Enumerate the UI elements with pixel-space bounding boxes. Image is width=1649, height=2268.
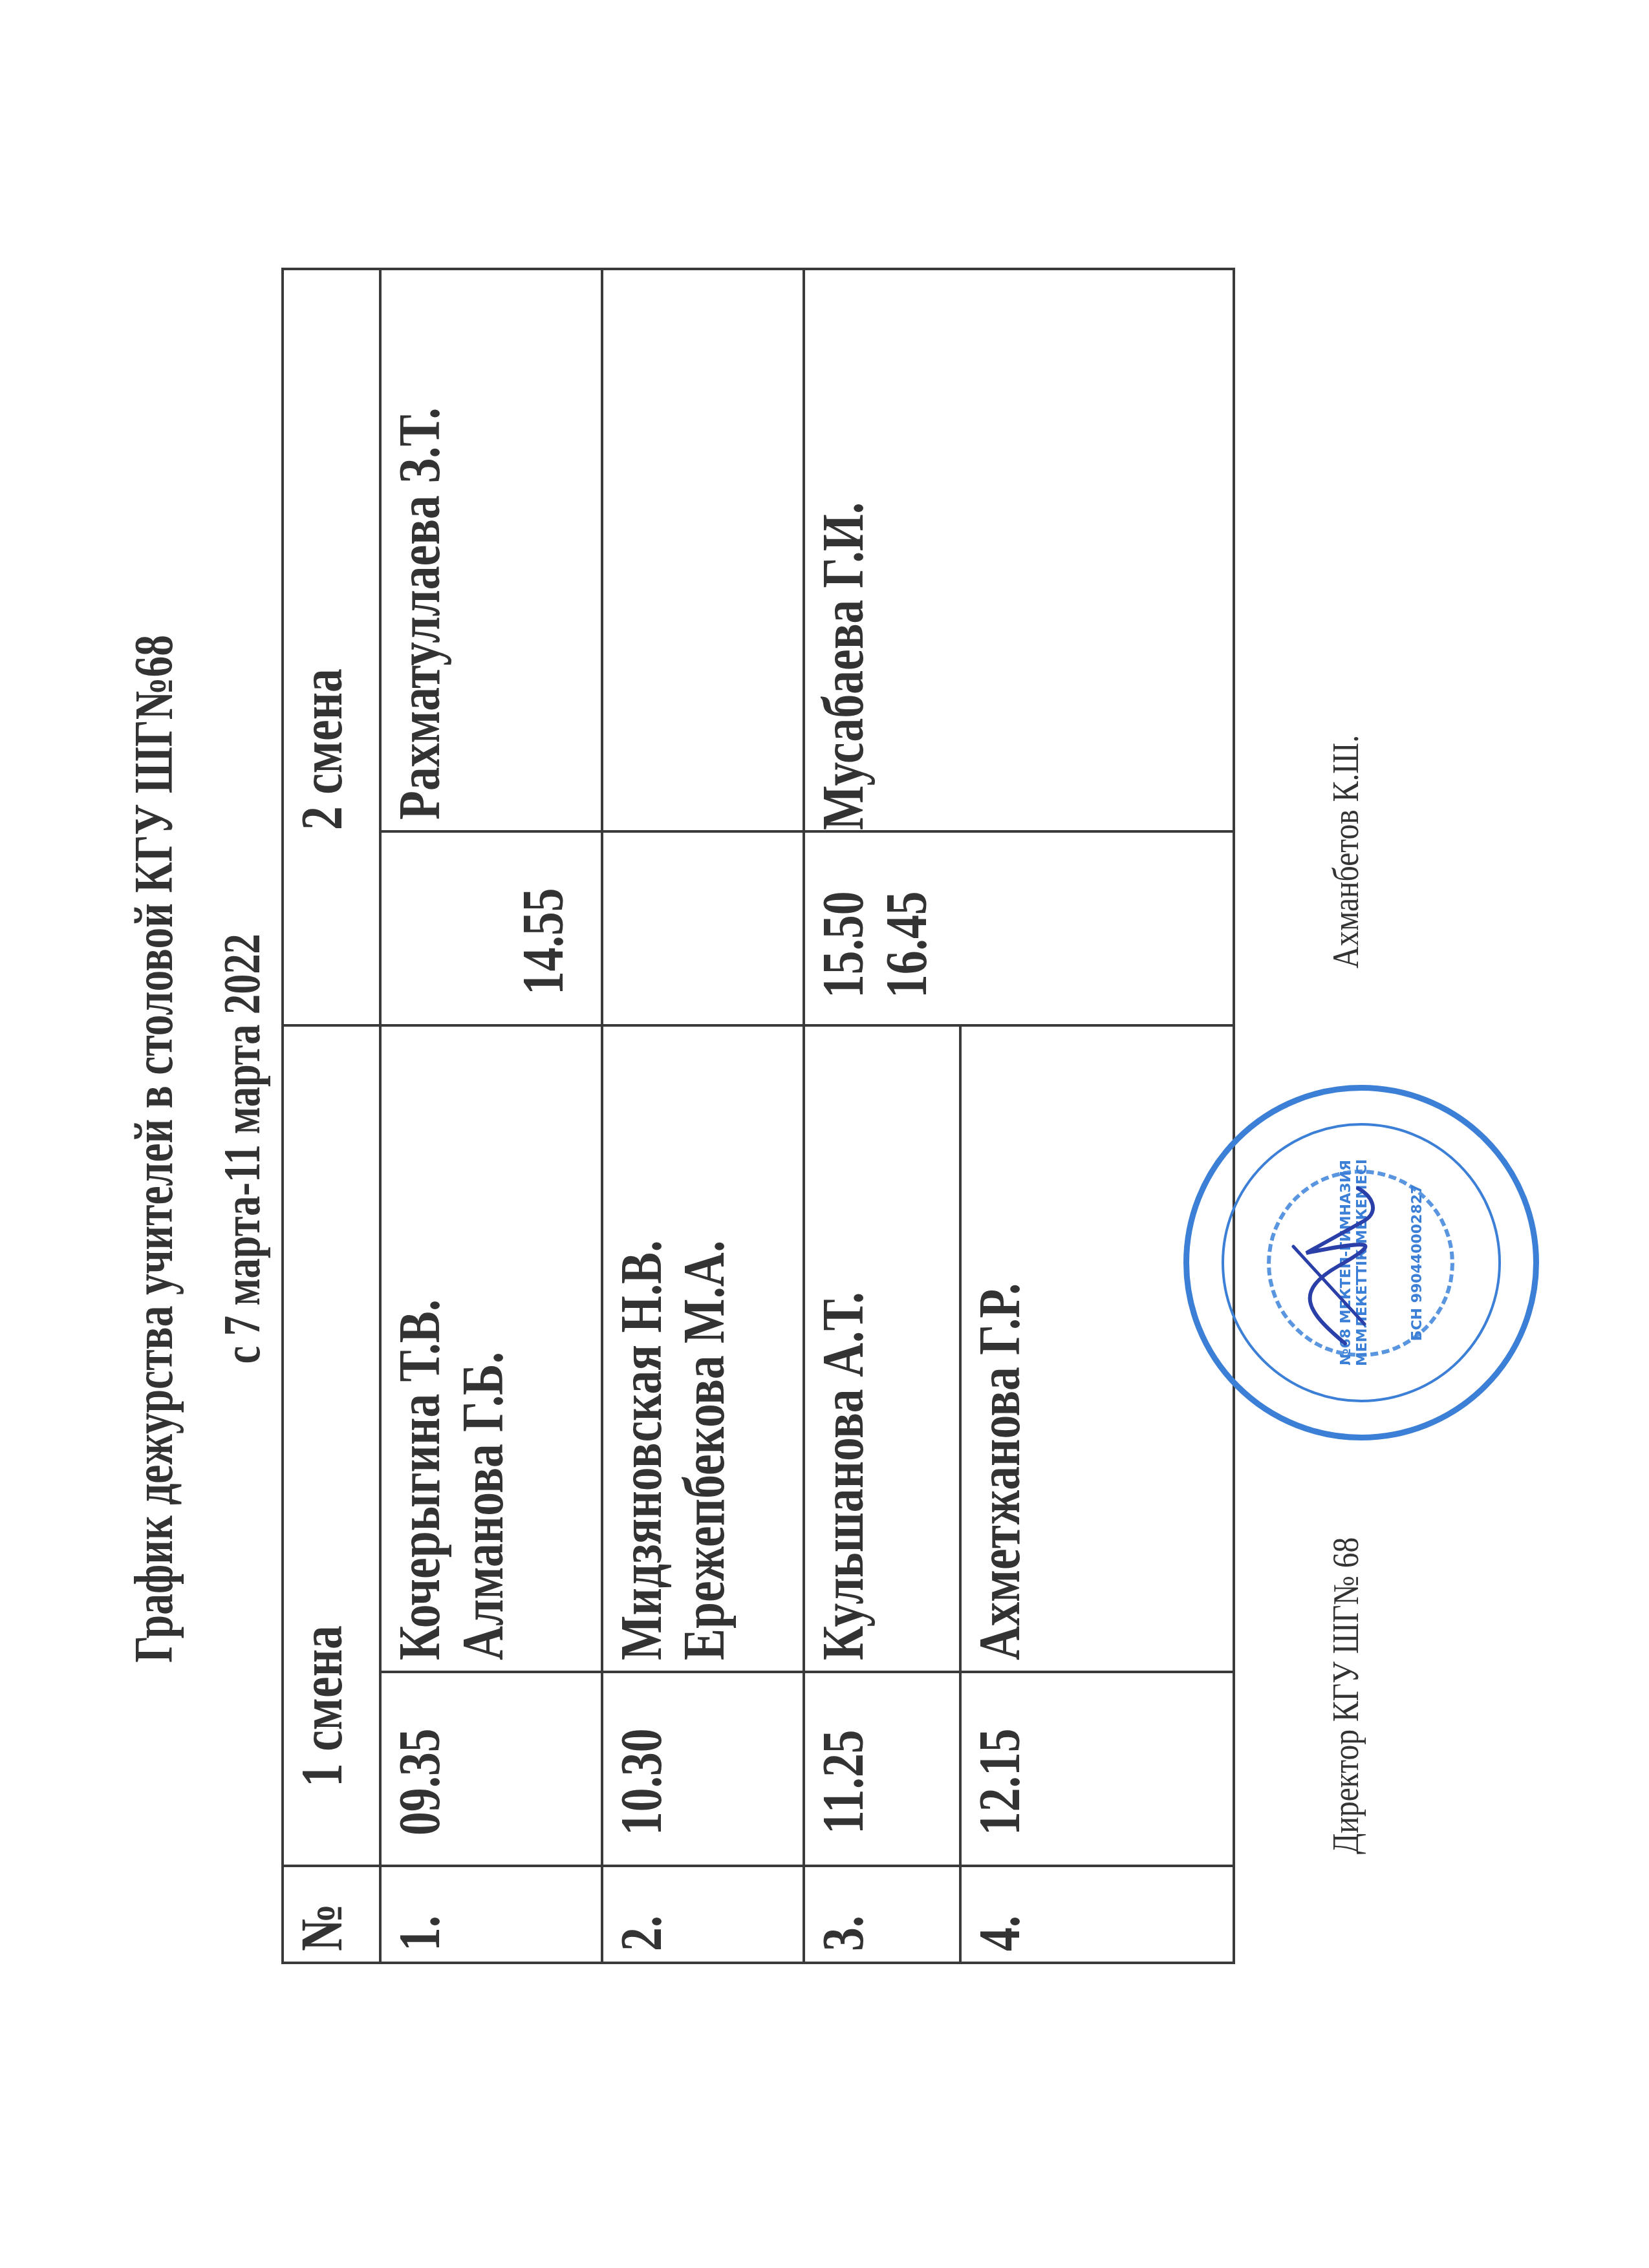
row-number: 3.: [804, 1866, 960, 1963]
signature-icon: [1267, 1182, 1397, 1350]
header-shift2: 2 смена: [283, 269, 380, 1025]
director-label: Директор КГУ ШГ№ 68: [1326, 1537, 1367, 1854]
row-number: 2.: [602, 1866, 804, 1963]
shift2-teachers: Рахматуллаева З.Т.: [380, 269, 602, 831]
shift1-time: 09.35: [380, 1672, 602, 1866]
document-subtitle: с 7 марта-11 марта 2022: [213, 264, 272, 2033]
shift1-teachers: Ахметжанова Г.Р.: [960, 1025, 1234, 1672]
director-name: Ахманбетов К.Ш.: [1326, 735, 1367, 968]
shift2-time: 14.55: [380, 831, 602, 1025]
shift1-teachers: Мидзяновская Н.В. Ережепбекова М.А.: [602, 1025, 804, 1672]
shift1-time: 12.15: [960, 1672, 1234, 1866]
shift2-teachers: [602, 269, 804, 831]
header-shift1: 1 смена: [283, 1025, 380, 1866]
table-header-row: № 1 смена 2 смена: [283, 269, 380, 1963]
shift1-teachers: Кочерыгина Т.В. Алманова Г.Б.: [380, 1025, 602, 1672]
table-row: 1. 09.35 Кочерыгина Т.В. Алманова Г.Б. 1…: [380, 269, 602, 1963]
table-row: 2. 10.30 Мидзяновская Н.В. Ережепбекова …: [602, 269, 804, 1963]
document-page: График дежурства учителей в столовой КГУ…: [0, 0, 1649, 2268]
shift1-time: 10.30: [602, 1672, 804, 1866]
duty-schedule-table: № 1 смена 2 смена 1. 09.35 Кочерыгина Т.…: [281, 268, 1235, 1964]
table-row: 3. 11.25 Кульшанова А.Т. 15.50 16.45 Мус…: [804, 269, 960, 1963]
shift2-time: [602, 831, 804, 1025]
row-number: 4.: [960, 1866, 1234, 1963]
shift2-teachers: Мусабаева Г.И.: [804, 269, 1234, 831]
shift1-teachers: Кульшанова А.Т.: [804, 1025, 960, 1672]
shift1-time: 11.25: [804, 1672, 960, 1866]
shift2-time: 15.50 16.45: [804, 831, 1234, 1025]
document-title: График дежурства учителей в столовой КГУ…: [123, 264, 186, 2033]
header-number: №: [283, 1866, 380, 1963]
row-number: 1.: [380, 1866, 602, 1963]
